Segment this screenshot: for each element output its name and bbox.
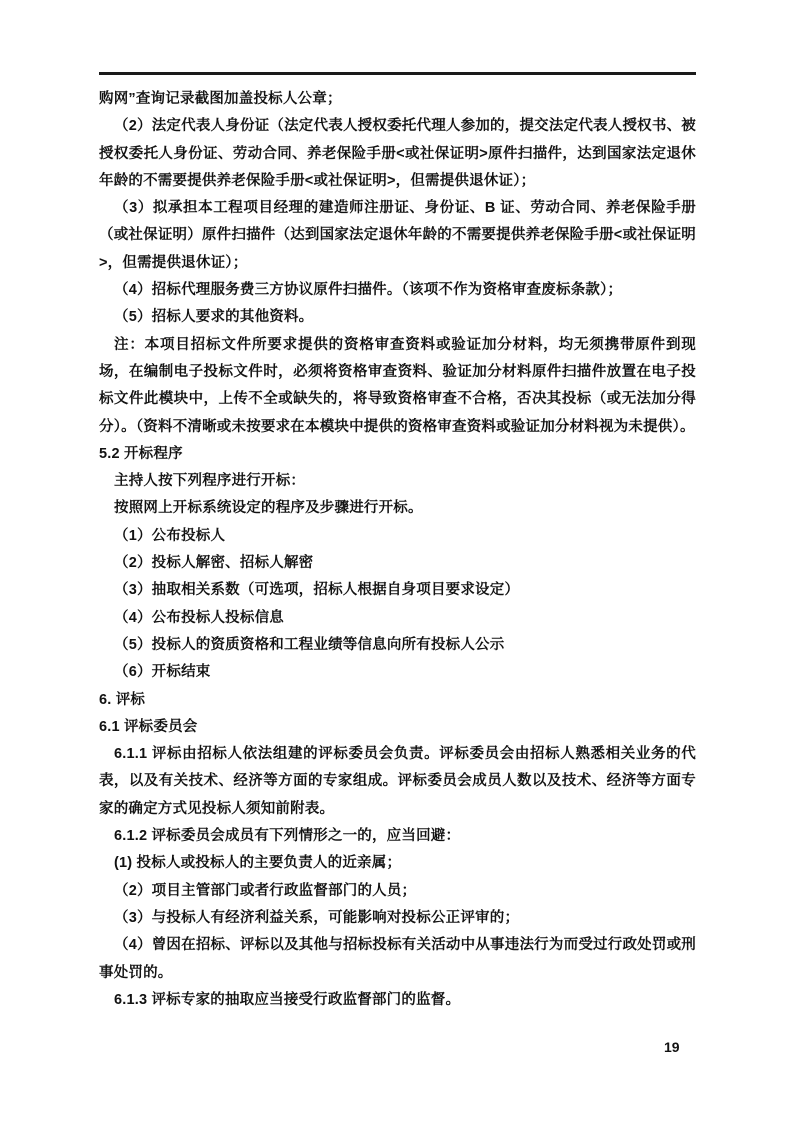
opening-step-2: （2）投标人解密、招标人解密 [99, 550, 696, 577]
recusal-item-1: (1) 投标人或投标人的主要负责人的近亲属； [99, 850, 696, 877]
list-item-qualification-2: （2）法定代表人身份证（法定代表人授权委托代理人参加的，提交法定代表人授权书、被… [99, 113, 696, 195]
recusal-item-2: （2）项目主管部门或者行政监督部门的人员； [99, 878, 696, 905]
paragraph-continuation: 购网”查询记录截图加盖投标人公章； [99, 86, 696, 113]
list-item-qualification-3: （3）拟承担本工程项目经理的建造师注册证、身份证、B 证、劳动合同、养老保险手册… [99, 195, 696, 277]
page-number: 19 [664, 1037, 680, 1057]
header-rule [99, 72, 696, 75]
opening-step-3: （3）抽取相关系数（可选项，招标人根据自身项目要求设定） [99, 577, 696, 604]
document-body: 购网”查询记录截图加盖投标人公章； （2）法定代表人身份证（法定代表人授权委托代… [99, 86, 696, 1014]
opening-step-4: （4）公布投标人投标信息 [99, 605, 696, 632]
paragraph-host-procedure: 主持人按下列程序进行开标： [99, 468, 696, 495]
section-heading-5-2: 5.2 开标程序 [99, 441, 696, 468]
recusal-item-3: （3）与投标人有经济利益关系，可能影响对投标公正评审的； [99, 905, 696, 932]
recusal-item-4: （4）曾因在招标、评标以及其他与招标投标有关活动中从事违法行为而受过行政处罚或刑… [99, 932, 696, 987]
section-heading-6: 6. 评标 [99, 687, 696, 714]
document-page: 购网”查询记录截图加盖投标人公章； （2）法定代表人身份证（法定代表人授权委托代… [0, 0, 793, 1121]
opening-step-5: （5）投标人的资质资格和工程业绩等信息向所有投标人公示 [99, 632, 696, 659]
paragraph-6-1-2: 6.1.2 评标委员会成员有下列情形之一的，应当回避： [99, 823, 696, 850]
section-heading-6-1: 6.1 评标委员会 [99, 714, 696, 741]
opening-step-6: （6）开标结束 [99, 659, 696, 686]
paragraph-6-1-3: 6.1.3 评标专家的抽取应当接受行政监督部门的监督。 [99, 987, 696, 1014]
note-paragraph: 注：本项目招标文件所要求提供的资格审查资料或验证加分材料，均无须携带原件到现场，… [99, 332, 696, 441]
paragraph-6-1-1: 6.1.1 评标由招标人依法组建的评标委员会负责。评标委员会由招标人熟悉相关业务… [99, 741, 696, 823]
list-item-qualification-5: （5）招标人要求的其他资料。 [99, 304, 696, 331]
opening-step-1: （1）公布投标人 [99, 523, 696, 550]
list-item-qualification-4: （4）招标代理服务费三方协议原件扫描件。（该项不作为资格审查废标条款）； [99, 277, 696, 304]
paragraph-online-procedure: 按照网上开标系统设定的程序及步骤进行开标。 [99, 495, 696, 522]
